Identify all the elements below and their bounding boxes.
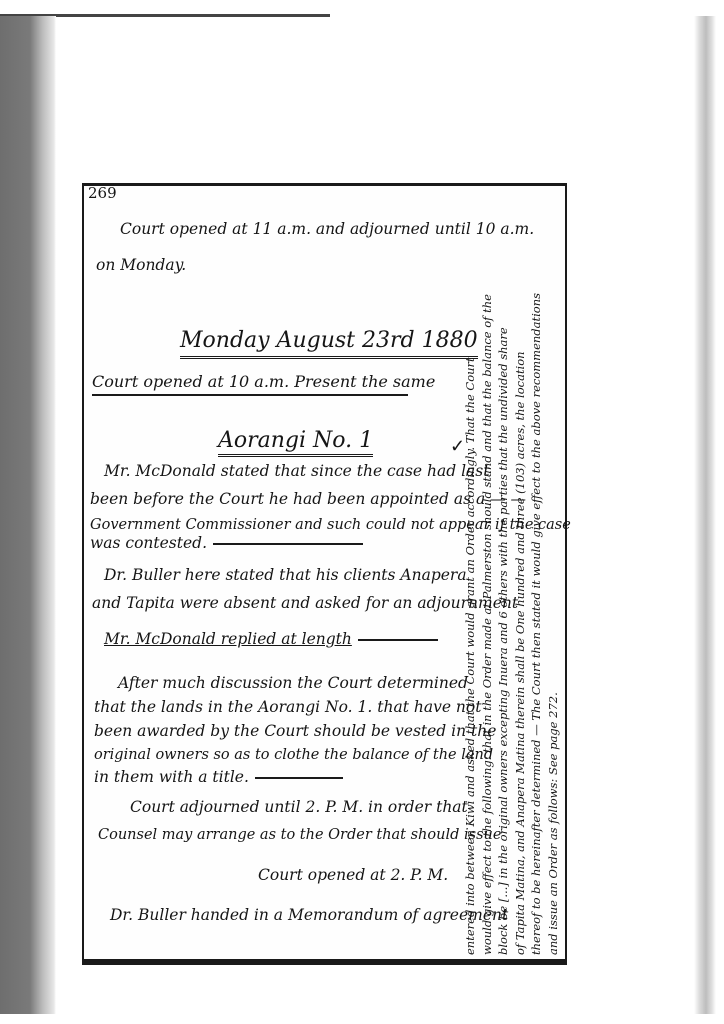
mcdonald-stated-line-4-text: was contested. (90, 534, 207, 552)
court-determined-line-2: that the lands in the Aorangi No. 1. tha… (94, 700, 481, 716)
date-heading: Monday August 23rd 1880 (180, 330, 478, 359)
court-opened-present: Court opened at 10 a.m. Present the same (92, 374, 408, 396)
mcdonald-replied-text: Mr. McDonald replied at length (104, 630, 352, 648)
mcdonald-stated-line-4: was contested. (90, 536, 363, 552)
mcdonald-stated-line-1: Mr. McDonald stated that since the case … (104, 464, 489, 480)
margin-note-line: of Tapita Matina, and Anapera Matina the… (512, 175, 529, 955)
rule-line (213, 543, 363, 545)
case-title: Aorangi No. 1 (218, 430, 373, 457)
margin-note-line: would give effect to the following: that… (479, 175, 496, 955)
court-opened-2pm: Court opened at 2. P. M. (258, 868, 448, 884)
rule-line (255, 777, 343, 779)
buller-stated-line-1: Dr. Buller here stated that his clients … (104, 568, 467, 584)
book-gutter-shadow (0, 16, 56, 1014)
rule-line (358, 639, 438, 641)
buller-memorandum: Dr. Buller handed in a Memorandum of agr… (110, 908, 508, 924)
margin-note-line: thereof to be hereinafter determined — T… (528, 175, 545, 955)
mcdonald-stated-line-2: been before the Court he had been appoin… (90, 492, 526, 508)
margin-note-line: entered into between Kiwi and asked that… (462, 175, 479, 955)
court-determined-line-5-text: in them with a title. (94, 768, 249, 786)
court-determined-line-1: After much discussion the Court determin… (118, 676, 468, 692)
court-adjourned-line-2: Counsel may arrange as to the Order that… (98, 828, 501, 843)
page-edge-shadow (694, 16, 716, 1014)
court-adjourned-line-1: Court adjourned until 2. P. M. in order … (130, 800, 468, 816)
mcdonald-replied: Mr. McDonald replied at length (104, 632, 438, 648)
buller-stated-line-2: and Tapita were absent and asked for an … (92, 596, 518, 612)
court-determined-line-4: original owners so as to clothe the bala… (94, 748, 493, 763)
court-determined-line-3: been awarded by the Court should be vest… (94, 724, 496, 740)
court-determined-line-5: in them with a title. (94, 770, 343, 786)
margin-note-line: block be [...] in the original owners ex… (495, 175, 512, 955)
margin-note-line: and issue an Order as follows: See page … (545, 175, 562, 955)
page-number: 269 (88, 186, 117, 201)
margin-note-rotated: entered into between Kiwi and asked that… (462, 175, 561, 955)
entry-court-opened-line-2: on Monday. (96, 258, 186, 274)
